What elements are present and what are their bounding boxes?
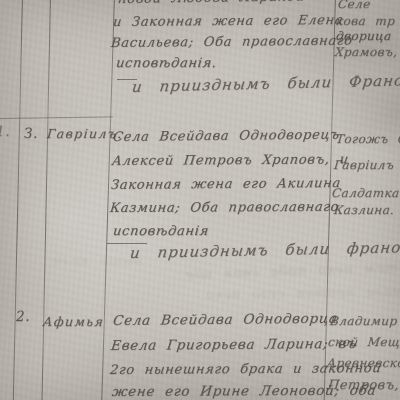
godparents-line: Владимир (329, 315, 398, 327)
manuscript-photo: затем неко пода своя шіе оне мала против… (0, 0, 400, 400)
parents-line: Села Всейдава Однодворца (112, 313, 338, 329)
record-name: Афимья (42, 316, 104, 329)
register-record: 2. Афимья Села Всейдава Однодворца Евела… (0, 0, 400, 400)
parents-line: Евела Григорьева Ларина; въ (110, 338, 357, 354)
godparents-line: Аревневской (326, 357, 400, 369)
record-number: 2. (16, 311, 30, 325)
godparents-line: Петровъ, е (327, 379, 400, 392)
godparents-line: ской Мещанинъ (327, 336, 400, 348)
